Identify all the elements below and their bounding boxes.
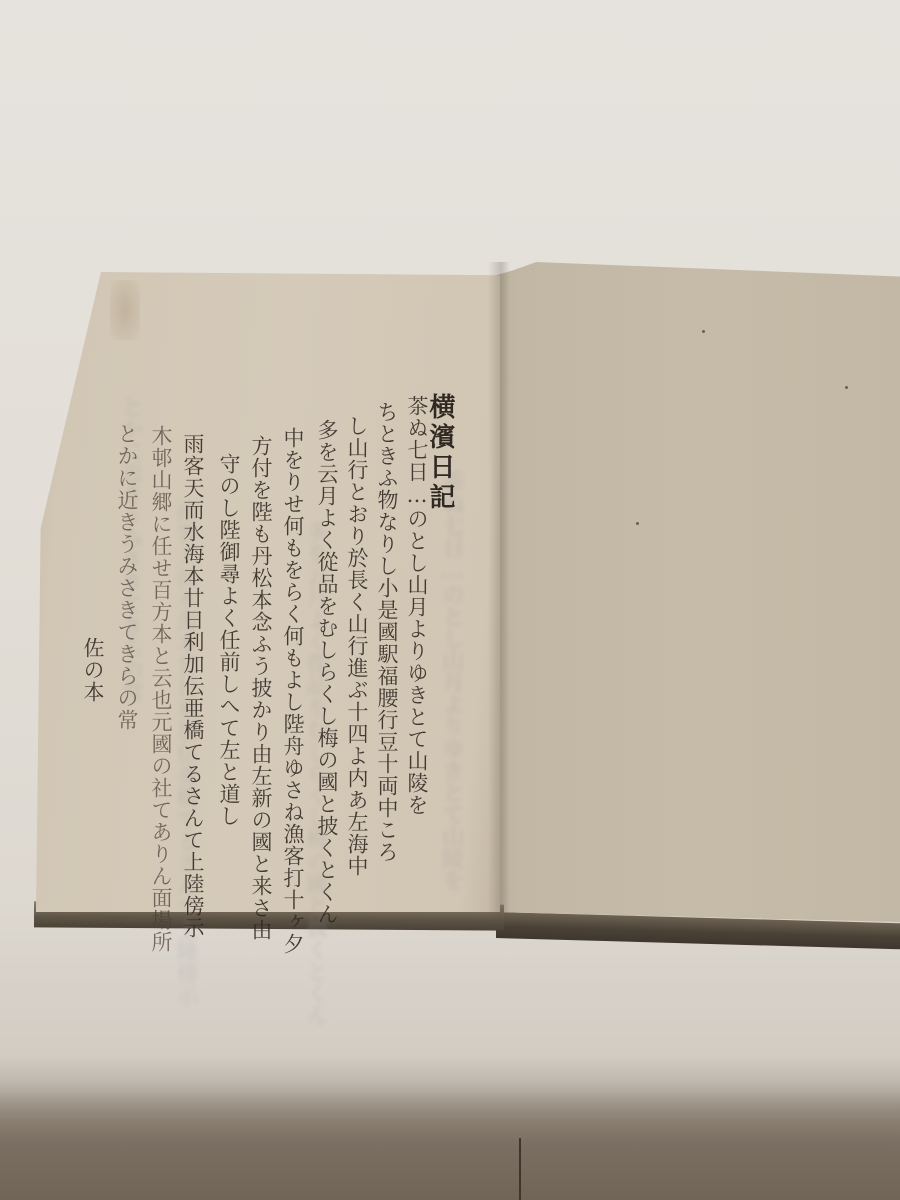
text-column: 雨客天而水海本廿日利加伝亜橋てるさんて上陸傍示: [182, 433, 203, 939]
paper-speck: [845, 386, 848, 389]
text-column: とかに近きうみさきてきらの常: [116, 423, 137, 731]
display-case-scene: 茶ぬ七日…のとし山月よりゆきとて山陵を 多を云月よく從品をむしらくし梅の國と披く…: [0, 0, 900, 1200]
text-column: 茶ぬ七日…のとし山月よりゆきとて山陵を: [406, 395, 427, 816]
signature-column: 佐の本: [82, 637, 103, 703]
display-case-seam: [519, 1138, 521, 1200]
paper-speck: [636, 522, 639, 525]
text-column: 方付を陛も丹松本念ふう披かり由左新の國と来さ由: [250, 435, 271, 941]
manuscript-title: 横濱日記: [427, 393, 453, 513]
book-gutter: [488, 262, 510, 922]
paper-stain: [110, 280, 140, 340]
text-column: 守のし陛御尋よく任前しへて左と道し: [218, 453, 239, 827]
text-column: 中をりせ何もをらく何もよし陛舟ゆさね漁客打十ヶ夕: [282, 427, 303, 955]
paper-speck: [702, 330, 705, 333]
text-column: 多を云月よく從品をむしらくし梅の國と披くとくん: [316, 419, 337, 925]
display-case-base: [0, 1118, 900, 1200]
text-column: し山行とおり於長く山行進ぶ十四よ内あ左海中: [346, 415, 367, 877]
text-column: ちときふ物なりし小是國駅福腰行豆十両中ころ: [376, 401, 397, 863]
manuscript-text: 横濱日記 茶ぬ七日…のとし山月よりゆきとて山陵を ちときふ物なりし小是國駅福腰行…: [70, 375, 470, 855]
text-column: 木邨山郷に任せ百方本と云也元國の社てありん面場所: [150, 425, 171, 953]
right-page-blank: [496, 262, 900, 922]
